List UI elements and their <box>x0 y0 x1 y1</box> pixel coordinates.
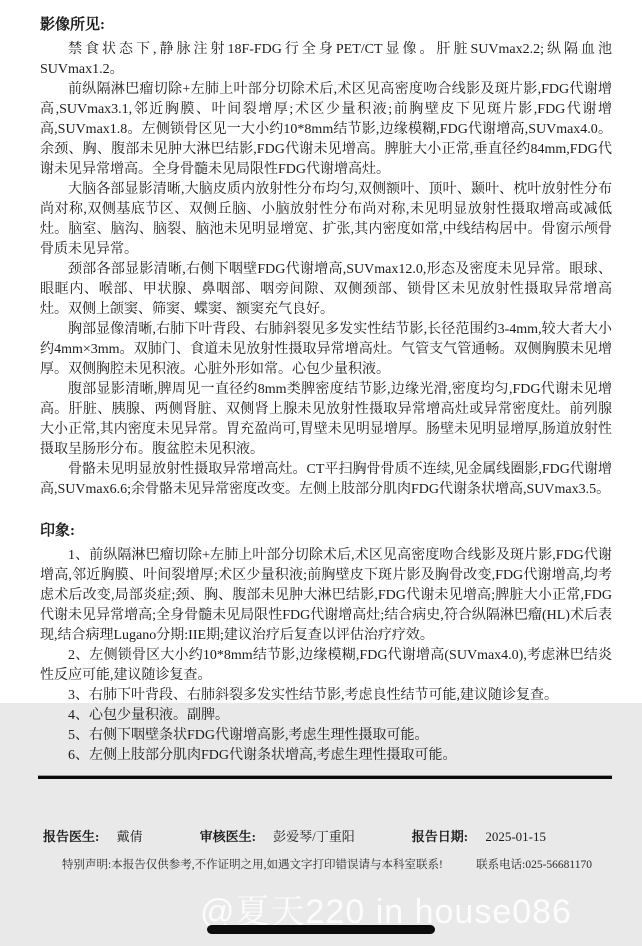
report-doctor-group: 报告医生: 戴倩 <box>43 826 143 845</box>
impression-section: 印象: 1、前纵隔淋巴瘤切除+左肺上叶部分切除术后,术区见高密度吻合线影及斑片影… <box>40 521 612 766</box>
impression-heading: 印象: <box>40 521 612 541</box>
impression-item: 3、右肺下叶背段、右肺斜裂多发实性结节影,考虑良性结节可能,建议随诊复查。 <box>40 686 612 706</box>
findings-paragraph: 禁食状态下,静脉注射18F-FDG行全身PET/CT显像。肝脏SUVmax2.2… <box>40 40 612 80</box>
disclaimer-text: 特别声明:本报告仅供参考,不作证明之用,如遇文字打印错误请与本科室联系! <box>62 856 443 872</box>
phone-screen: 影像所见: 禁食状态下,静脉注射18F-FDG行全身PET/CT显像。肝脏SUV… <box>0 0 642 946</box>
impression-item: 1、前纵隔淋巴瘤切除+左肺上叶部分切除术后,术区见高密度吻合线影及斑片影,FDG… <box>40 546 612 646</box>
signature-row: 报告医生: 戴倩 审核医生: 彭爱琴/丁重阳 报告日期: 2025-01-15 <box>40 826 612 845</box>
contact-phone: 联系电话:025-56681170 <box>476 856 592 872</box>
review-doctor-label: 审核医生: <box>200 829 256 844</box>
findings-paragraph: 颈部各部显影清晰,右侧下咽壁FDG代谢增高,SUVmax12.0,形态及密度未见… <box>40 260 612 320</box>
findings-heading: 影像所见: <box>40 15 612 35</box>
disclaimer-row: 特别声明:本报告仅供参考,不作证明之用,如遇文字打印错误请与本科室联系! 联系电… <box>40 856 612 872</box>
impression-list: 1、前纵隔淋巴瘤切除+左肺上叶部分切除术后,术区见高密度吻合线影及斑片影,FDG… <box>40 546 612 766</box>
medical-report-page: 影像所见: 禁食状态下,静脉注射18F-FDG行全身PET/CT显像。肝脏SUV… <box>0 0 642 703</box>
home-indicator-bar[interactable] <box>207 925 435 934</box>
footer-divider-rule <box>38 775 612 779</box>
findings-paragraph: 前纵隔淋巴瘤切除+左肺上叶部分切除术后,术区见高密度吻合线影及斑片影,FDG代谢… <box>40 80 612 180</box>
findings-paragraph: 腹部显影清晰,脾周见一直径约8mm类脾密度结节影,边缘光滑,密度均匀,FDG代谢… <box>40 380 612 460</box>
report-date-group: 报告日期: 2025-01-15 <box>412 826 546 845</box>
findings-paragraph: 骨骼未见明显放射性摄取异常增高灶。CT平扫胸骨骨质不连续,见金属线圈影,FDG代… <box>40 460 612 500</box>
report-doctor-label: 报告医生: <box>43 829 99 844</box>
review-doctor-name: 彭爱琴/丁重阳 <box>273 829 355 844</box>
findings-section: 禁食状态下,静脉注射18F-FDG行全身PET/CT显像。肝脏SUVmax2.2… <box>40 40 612 500</box>
impression-item: 4、心包少量积液。副脾。 <box>40 706 612 726</box>
findings-paragraph: 胸部显像清晰,右肺下叶背段、右肺斜裂见多发实性结节影,长径范围约3-4mm,较大… <box>40 320 612 380</box>
review-doctor-group: 审核医生: 彭爱琴/丁重阳 <box>200 826 355 845</box>
impression-item: 6、左侧上肢部分肌肉FDG代谢条状增高,考虑生理性摄取可能。 <box>40 746 612 766</box>
impression-item: 5、右侧下咽壁条状FDG代谢增高影,考虑生理性摄取可能。 <box>40 726 612 746</box>
impression-item: 2、左侧锁骨区大小约10*8mm结节影,边缘模糊,FDG代谢增高(SUVmax4… <box>40 646 612 686</box>
report-doctor-name: 戴倩 <box>117 829 143 844</box>
report-date-label: 报告日期: <box>412 829 468 844</box>
findings-paragraph: 大脑各部显影清晰,大脑皮质内放射性分布均匀,双侧额叶、顶叶、颞叶、枕叶放射性分布… <box>40 180 612 260</box>
report-date-value: 2025-01-15 <box>485 829 546 844</box>
